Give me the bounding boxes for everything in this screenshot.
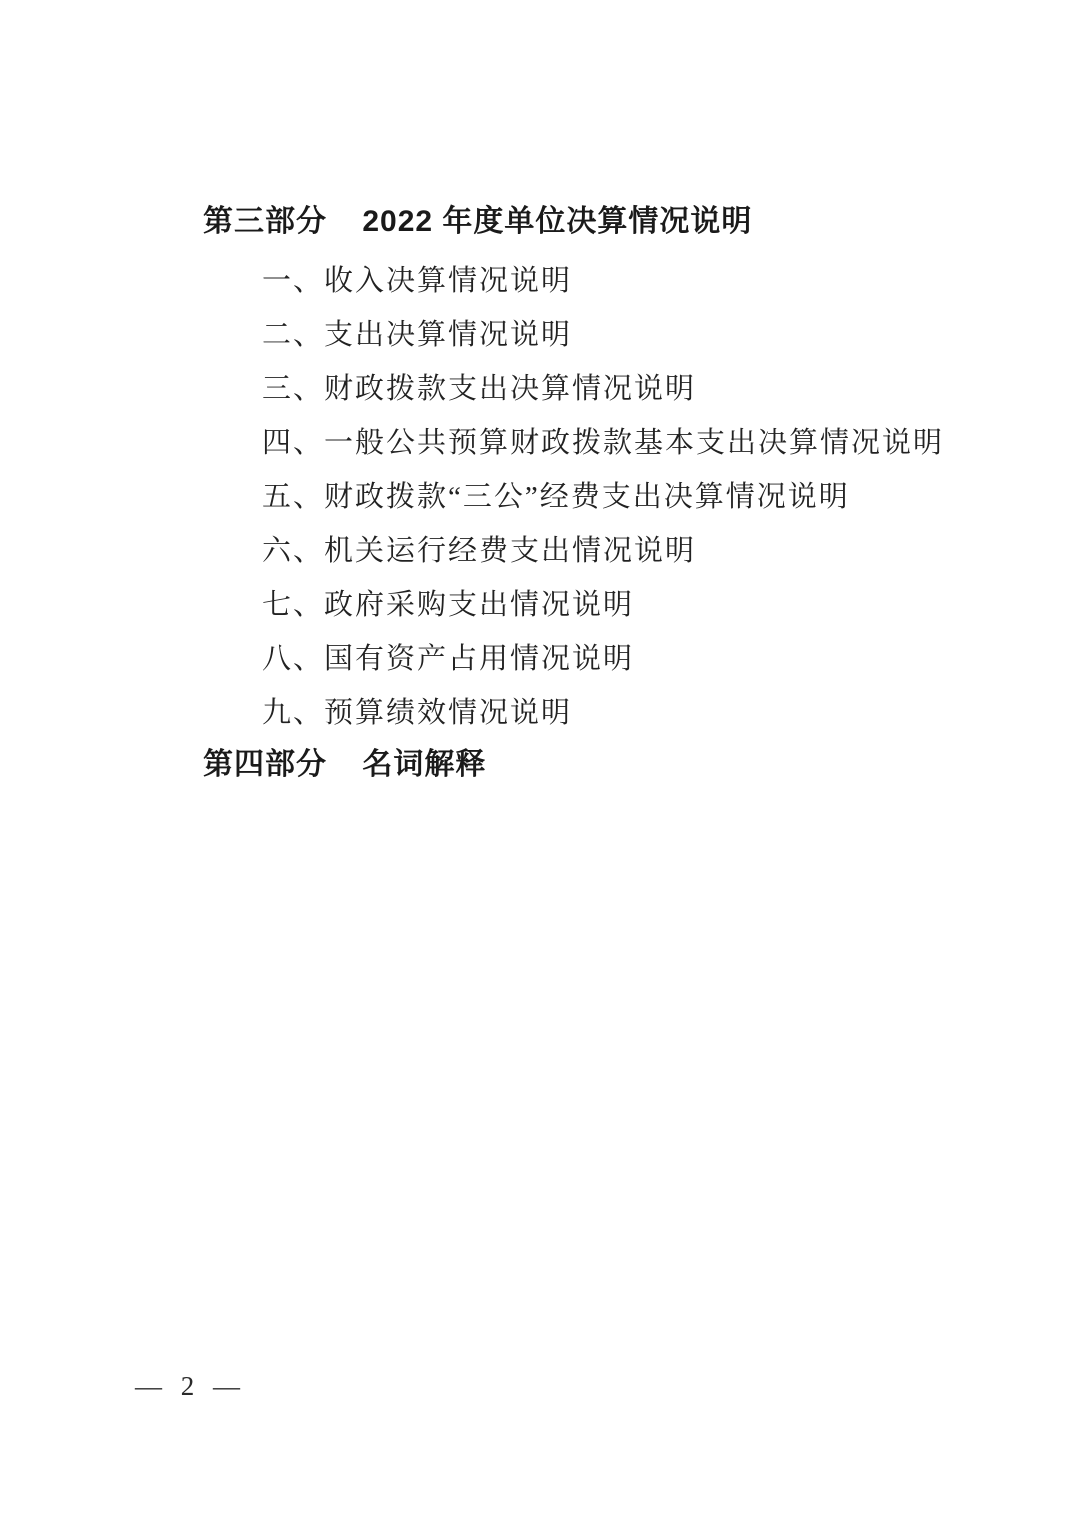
part4-title: 名词解释 (362, 748, 486, 781)
part3-heading: 第三部分 2022 年度单位决算情况说明 (203, 203, 752, 241)
toc-item-3: 三、财政拨款支出决算情况说明 (262, 359, 944, 413)
part4-heading: 第四部分 名词解释 (203, 746, 486, 784)
toc-item-2: 二、支出决算情况说明 (262, 305, 944, 359)
page-number: — 2 — (135, 1371, 246, 1402)
toc-item-4: 四、一般公共预算财政拨款基本支出决算情况说明 (262, 413, 944, 467)
part3-title: 2022 年度单位决算情况说明 (362, 205, 752, 238)
toc-item-9: 九、预算绩效情况说明 (262, 683, 944, 737)
toc-item-8: 八、国有资产占用情况说明 (262, 629, 944, 683)
part3-toc-list: 一、收入决算情况说明 二、支出决算情况说明 三、财政拨款支出决算情况说明 四、一… (262, 251, 944, 737)
toc-item-7: 七、政府采购支出情况说明 (262, 575, 944, 629)
part3-label: 第三部分 (203, 205, 327, 238)
toc-item-6: 六、机关运行经费支出情况说明 (262, 521, 944, 575)
toc-item-1: 一、收入决算情况说明 (262, 251, 944, 305)
document-page: 第三部分 2022 年度单位决算情况说明 一、收入决算情况说明 二、支出决算情况… (0, 0, 1074, 1520)
part4-label: 第四部分 (203, 748, 327, 781)
toc-item-5: 五、财政拨款“三公”经费支出决算情况说明 (262, 467, 944, 521)
